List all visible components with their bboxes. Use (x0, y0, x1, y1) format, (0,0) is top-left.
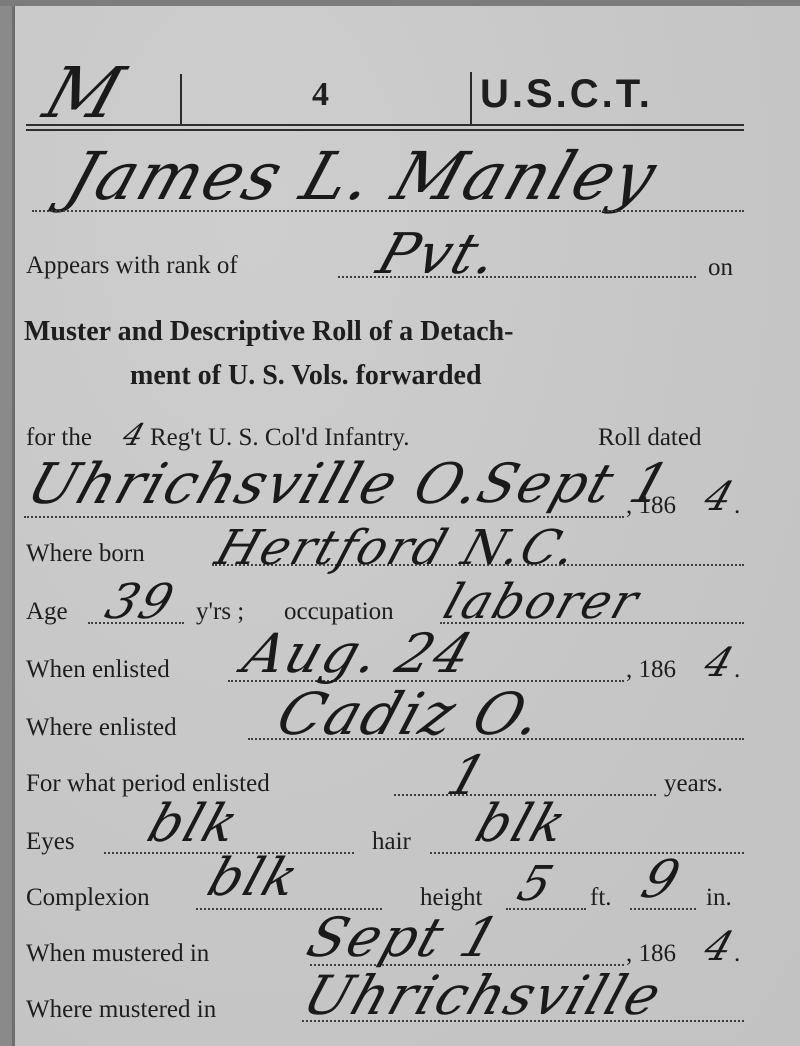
header-rule-bottom (26, 129, 744, 131)
when-mustered-label: When mustered in (26, 940, 209, 968)
where-enlisted-value: Cadiz O. (269, 680, 553, 748)
where-enlisted-label: Where enlisted (26, 714, 177, 742)
roll-title-line1: Muster and Descriptive Roll of a Detach- (24, 316, 513, 348)
unit-code: U.S.C.T. (480, 72, 653, 117)
when-mustered-value: Sept 1 (300, 906, 509, 969)
age-unit: y'rs ; (196, 598, 244, 626)
roll-dated-year-prefix: , 186 (626, 492, 676, 520)
name-line (32, 210, 744, 212)
height-feet-unit: ft. (590, 884, 612, 912)
where-mustered-label: Where mustered in (26, 996, 216, 1024)
when-enlisted-label: When enlisted (26, 656, 170, 684)
roll-title-line2: ment of U. S. Vols. forwarded (130, 360, 482, 392)
roll-dated-place: Uhrichsville O. (19, 452, 491, 517)
where-born-label: Where born (26, 540, 145, 568)
when-enlisted-end: . (734, 656, 740, 684)
header-divider-1 (180, 74, 182, 124)
when-mustered-end: . (734, 940, 740, 968)
rank-value: Pvt. (369, 222, 508, 287)
eyes-label: Eyes (26, 828, 75, 856)
header-rule-top (26, 124, 744, 126)
where-mustered-value: Uhrichsville (296, 964, 671, 1027)
when-enlisted-year-prefix: , 186 (626, 656, 676, 684)
header-divider-2 (470, 72, 472, 124)
age-label: Age (26, 598, 68, 626)
when-enlisted-value: Aug. 24 (236, 622, 482, 685)
regiment-number: 4 (312, 76, 329, 114)
soldier-name: James L. Manley (57, 138, 667, 215)
roll-dated-label: Roll dated (598, 424, 701, 452)
regiment-prefix: for the (26, 424, 92, 452)
height-inches-unit: in. (706, 884, 732, 912)
roll-dated-end: . (734, 492, 740, 520)
regiment-text: Reg't U. S. Col'd Infantry. (150, 424, 409, 452)
period-unit: years. (664, 770, 723, 798)
hair-label: hair (372, 828, 411, 856)
rank-suffix: on (708, 254, 733, 282)
where-born-value: Hertford N.C. (209, 520, 586, 576)
complexion-label: Complexion (26, 884, 150, 912)
rank-label: Appears with rank of (26, 252, 238, 280)
